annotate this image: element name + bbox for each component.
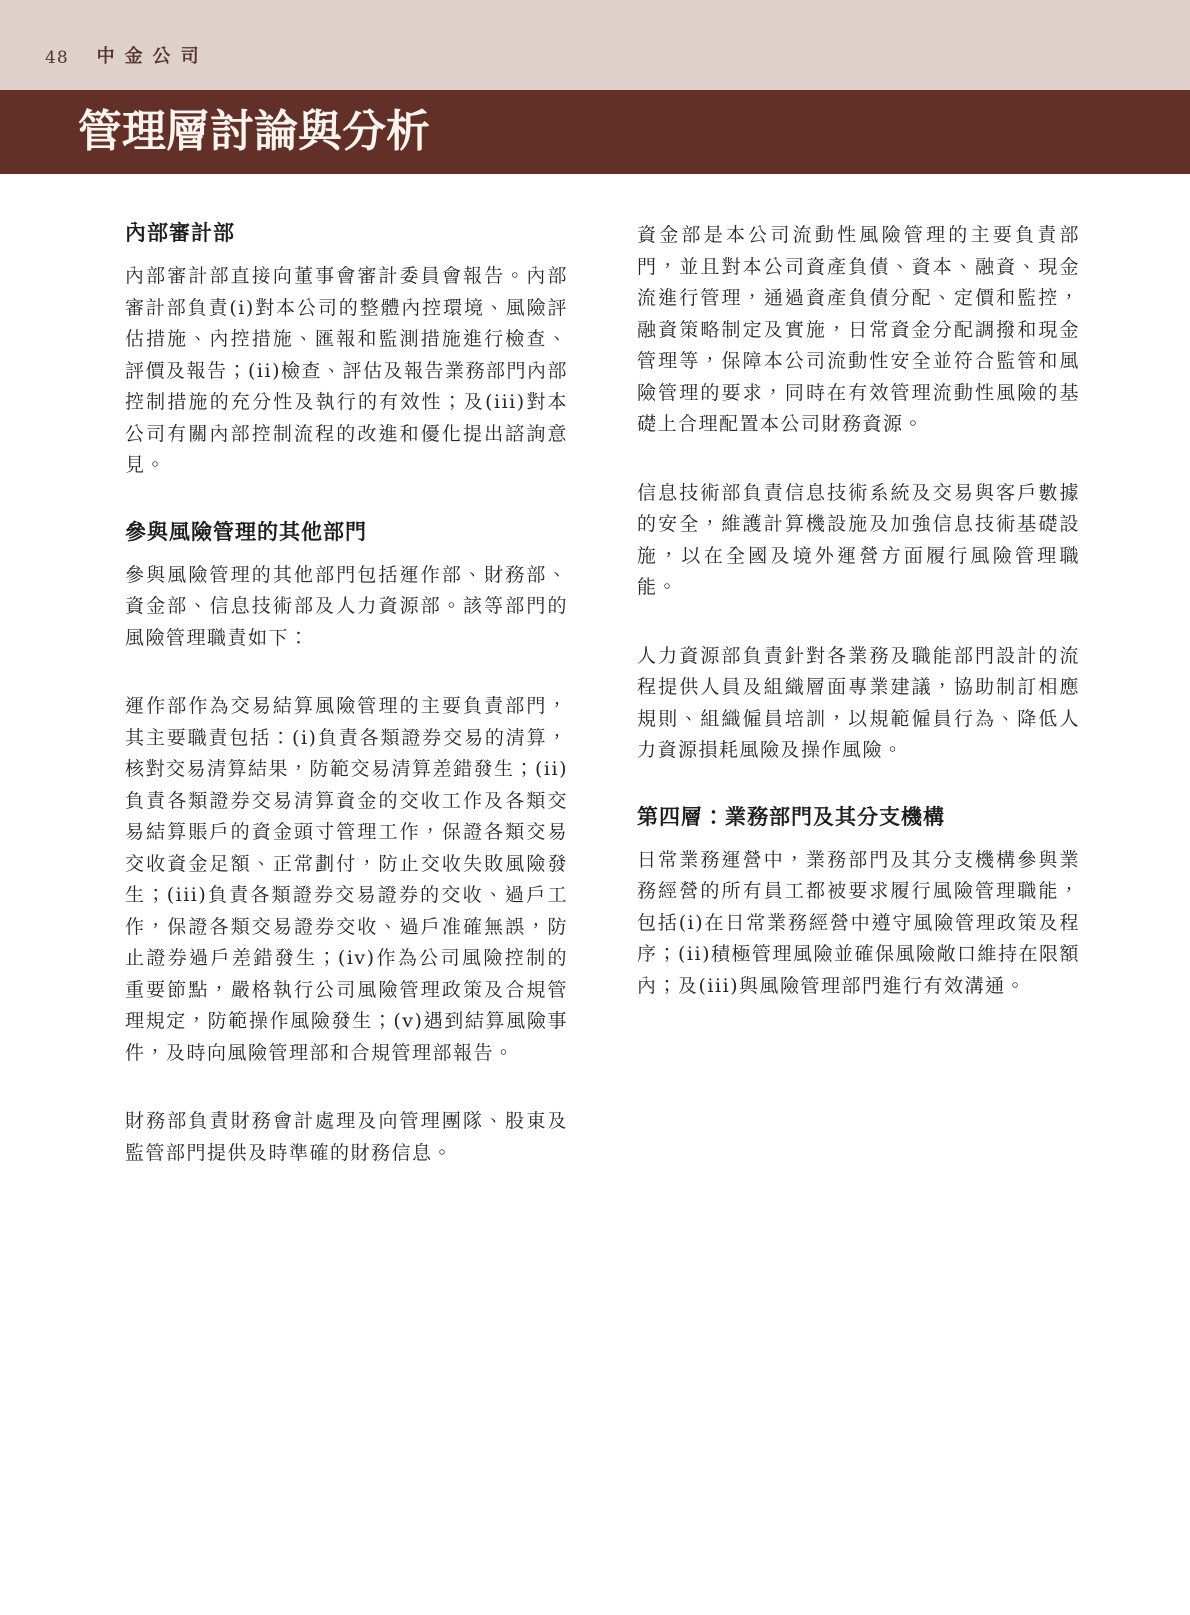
- report-page: 48 中金公司 管理層討論與分析 內部審計部 內部審計部直接向董事會審計委員會報…: [0, 0, 1190, 1206]
- section-internal-audit: 內部審計部 內部審計部直接向董事會審計委員會報告。內部審計部負責(i)對本公司的…: [125, 220, 568, 482]
- section-other-risk-departments: 參與風險管理的其他部門 參與風險管理的其他部門包括運作部、財務部、資金部、信息技…: [125, 519, 568, 1170]
- brand-name: 中金公司: [97, 42, 209, 68]
- paragraph-operations-department: 運作部作為交易結算風險管理的主要負責部門，其主要職責包括：(i)負責各類證券交易…: [125, 691, 568, 1069]
- page-header: 48 中金公司: [0, 0, 1190, 90]
- section-other-risk-departments-continued: 資金部是本公司流動性風險管理的主要負責部門，並且對本公司資產負債、資本、融資、現…: [637, 220, 1080, 767]
- section-heading-internal-audit: 內部審計部: [125, 220, 568, 246]
- paragraph-finance-department: 財務部負責財務會計處理及向管理團隊、股東及監管部門提供及時準確的財務信息。: [125, 1106, 568, 1169]
- paragraph-internal-audit: 內部審計部直接向董事會審計委員會報告。內部審計部負責(i)對本公司的整體內控環境…: [125, 261, 568, 482]
- paragraph-hr-department: 人力資源部負責針對各業務及職能部門設計的流程提供人員及組織層面專業建議，協助制訂…: [637, 641, 1080, 767]
- paragraph-other-departments-intro: 參與風險管理的其他部門包括運作部、財務部、資金部、信息技術部及人力資源部。該等部…: [125, 560, 568, 655]
- left-column: 內部審計部 內部審計部直接向董事會審計委員會報告。內部審計部負責(i)對本公司的…: [125, 220, 568, 1206]
- title-banner: 管理層討論與分析: [0, 90, 1190, 174]
- paragraph-it-department: 信息技術部負責信息技術系統及交易與客戶數據的安全，維護計算機設施及加強信息技術基…: [637, 478, 1080, 604]
- page-number: 48: [45, 48, 69, 68]
- page-title: 管理層討論與分析: [78, 110, 430, 154]
- paragraph-business-departments: 日常業務運營中，業務部門及其分支機構參與業務經營的所有員工都被要求履行風險管理職…: [637, 845, 1080, 1003]
- section-heading-fourth-layer: 第四層：業務部門及其分支機構: [637, 804, 1080, 830]
- section-heading-other-risk-departments: 參與風險管理的其他部門: [125, 519, 568, 545]
- paragraph-treasury-department: 資金部是本公司流動性風險管理的主要負責部門，並且對本公司資產負債、資本、融資、現…: [637, 220, 1080, 441]
- section-fourth-layer: 第四層：業務部門及其分支機構 日常業務運營中，業務部門及其分支機構參與業務經營的…: [637, 804, 1080, 1003]
- right-column: 資金部是本公司流動性風險管理的主要負責部門，並且對本公司資產負債、資本、融資、現…: [637, 220, 1080, 1206]
- content: 內部審計部 內部審計部直接向董事會審計委員會報告。內部審計部負責(i)對本公司的…: [0, 174, 1190, 1206]
